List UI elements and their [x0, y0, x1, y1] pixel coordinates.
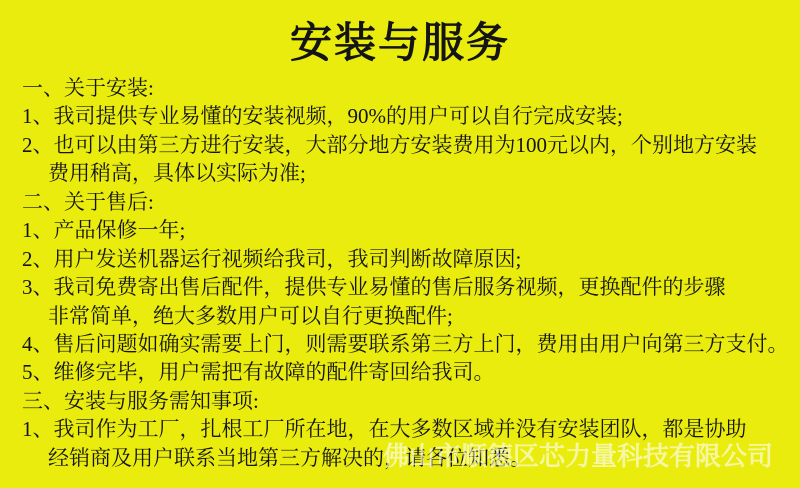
text-line: 2、也可以由第三方进行安装，大部分地方安装费用为100元以内，个别地方安装 — [22, 131, 800, 159]
text-line: 4、售后问题如确实需要上门，则需要联系第三方上门，费用由用户向第三方支付。 — [22, 330, 800, 358]
page-title: 安装与服务 — [0, 10, 800, 70]
text-line: 1、产品保修一年; — [22, 216, 800, 244]
slide: 安装与服务 一、关于安装: 1、我司提供专业易懂的安装视频，90%的用户可以自行… — [0, 0, 800, 488]
text-line-continuation: 非常简单，绝大多数用户可以自行更换配件; — [22, 302, 800, 330]
section-heading-aftersale: 二、关于售后: — [22, 188, 800, 216]
text-line: 1、我司提供专业易懂的安装视频，90%的用户可以自行完成安装; — [22, 102, 800, 130]
section-heading-notes: 三、安装与服务需知事项: — [22, 387, 800, 415]
text-line: 1、我司作为工厂，扎根工厂所在地，在大多数区域并没有安装团队，都是协助 — [22, 415, 800, 443]
text-line: 3、我司免费寄出售后配件，提供专业易懂的售后服务视频，更换配件的步骤 — [22, 273, 800, 301]
content-body: 一、关于安装: 1、我司提供专业易懂的安装视频，90%的用户可以自行完成安装; … — [22, 74, 800, 472]
text-line: 2、用户发送机器运行视频给我司，我司判断故障原因; — [22, 245, 800, 273]
text-line-continuation: 费用稍高，具体以实际为准; — [22, 159, 800, 187]
section-heading-install: 一、关于安装: — [22, 74, 800, 102]
watermark-text: 佛山市顺德区芯力量科技有限公司 — [383, 441, 773, 471]
text-line: 5、维修完毕，用户需把有故障的配件寄回给我司。 — [22, 358, 800, 386]
